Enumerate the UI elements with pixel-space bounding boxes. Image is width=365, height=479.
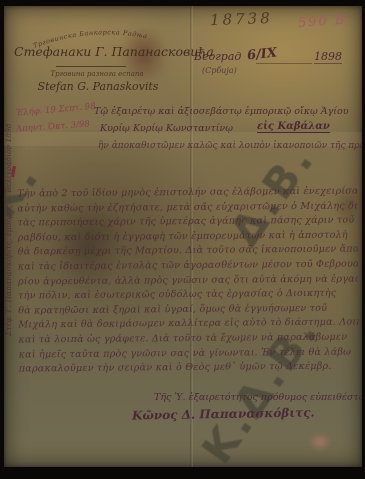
- received-stamp-note: Ἐλήφ. 19 Σεπτ. 98: [16, 102, 96, 119]
- destination-underlined: εἰς Καβάλαν: [257, 121, 330, 133]
- recipient-honorific-line: Κυρίῳ Κυρίῳ Κωνσταντίνῳ: [100, 123, 233, 134]
- dateline-place: Београд: [194, 50, 241, 63]
- dateline-place-sub: (Србија): [202, 66, 237, 75]
- dateline-rule: [256, 63, 312, 64]
- letterhead-name: Стефанаки Г. Папанасковића: [14, 44, 186, 59]
- letterhead-divider: [56, 66, 126, 67]
- recipient-line-3: ἣν ἀποκαθιστῶμεν καλῶς καὶ λοιπὸν ἱκανοπ…: [98, 141, 362, 151]
- margin-note-vertical: Στέφ. Γ. Παπανασκόβιτς, ἔμπορος — Βελιγρ…: [4, 84, 13, 336]
- scanned-letter: Κ. Δ.Β. Κ.Δ.Β. 18738 590 Β΄ Трговинска Б…: [0, 0, 365, 479]
- letterhead-name-latin: Stefan G. Panaskovits: [20, 80, 176, 93]
- paper: Κ. Δ.Β. Κ.Δ.Β. 18738 590 Β΄ Трговинска Б…: [4, 6, 362, 467]
- dateline-day: 6/ΙΧ: [246, 45, 277, 63]
- letterhead-subtitle: Трговина разнога еспапа: [22, 70, 172, 78]
- letter-body: Τὴν ἀπὸ 2 τοῦ ἰδίου μηνὸς ἐπιστολήν σας …: [17, 185, 359, 378]
- archive-catalog-number: 590 Β΄: [298, 12, 356, 31]
- closing-line: Τῆς Ὑ. ἐξαιρετότητος πρόθυμος εὐπειθέστα…: [154, 392, 362, 403]
- dateline-year: 1898: [314, 50, 342, 64]
- body-line: παρακαλοῦμεν τὴν σειρὰν καὶ ὁ Θεὸς μεθ᾽ …: [19, 360, 359, 378]
- archive-inventory-number: 18738: [210, 9, 273, 29]
- paper-stain: [309, 434, 331, 450]
- recipient-line-1: Τῷ ἐξαιρέτῳ καὶ ἀξιοσεβάστῳ ἐμπορικῷ οἴκ…: [94, 106, 349, 117]
- signature: Κῶνος Δ. Παπανασκόβιτς.: [132, 405, 315, 422]
